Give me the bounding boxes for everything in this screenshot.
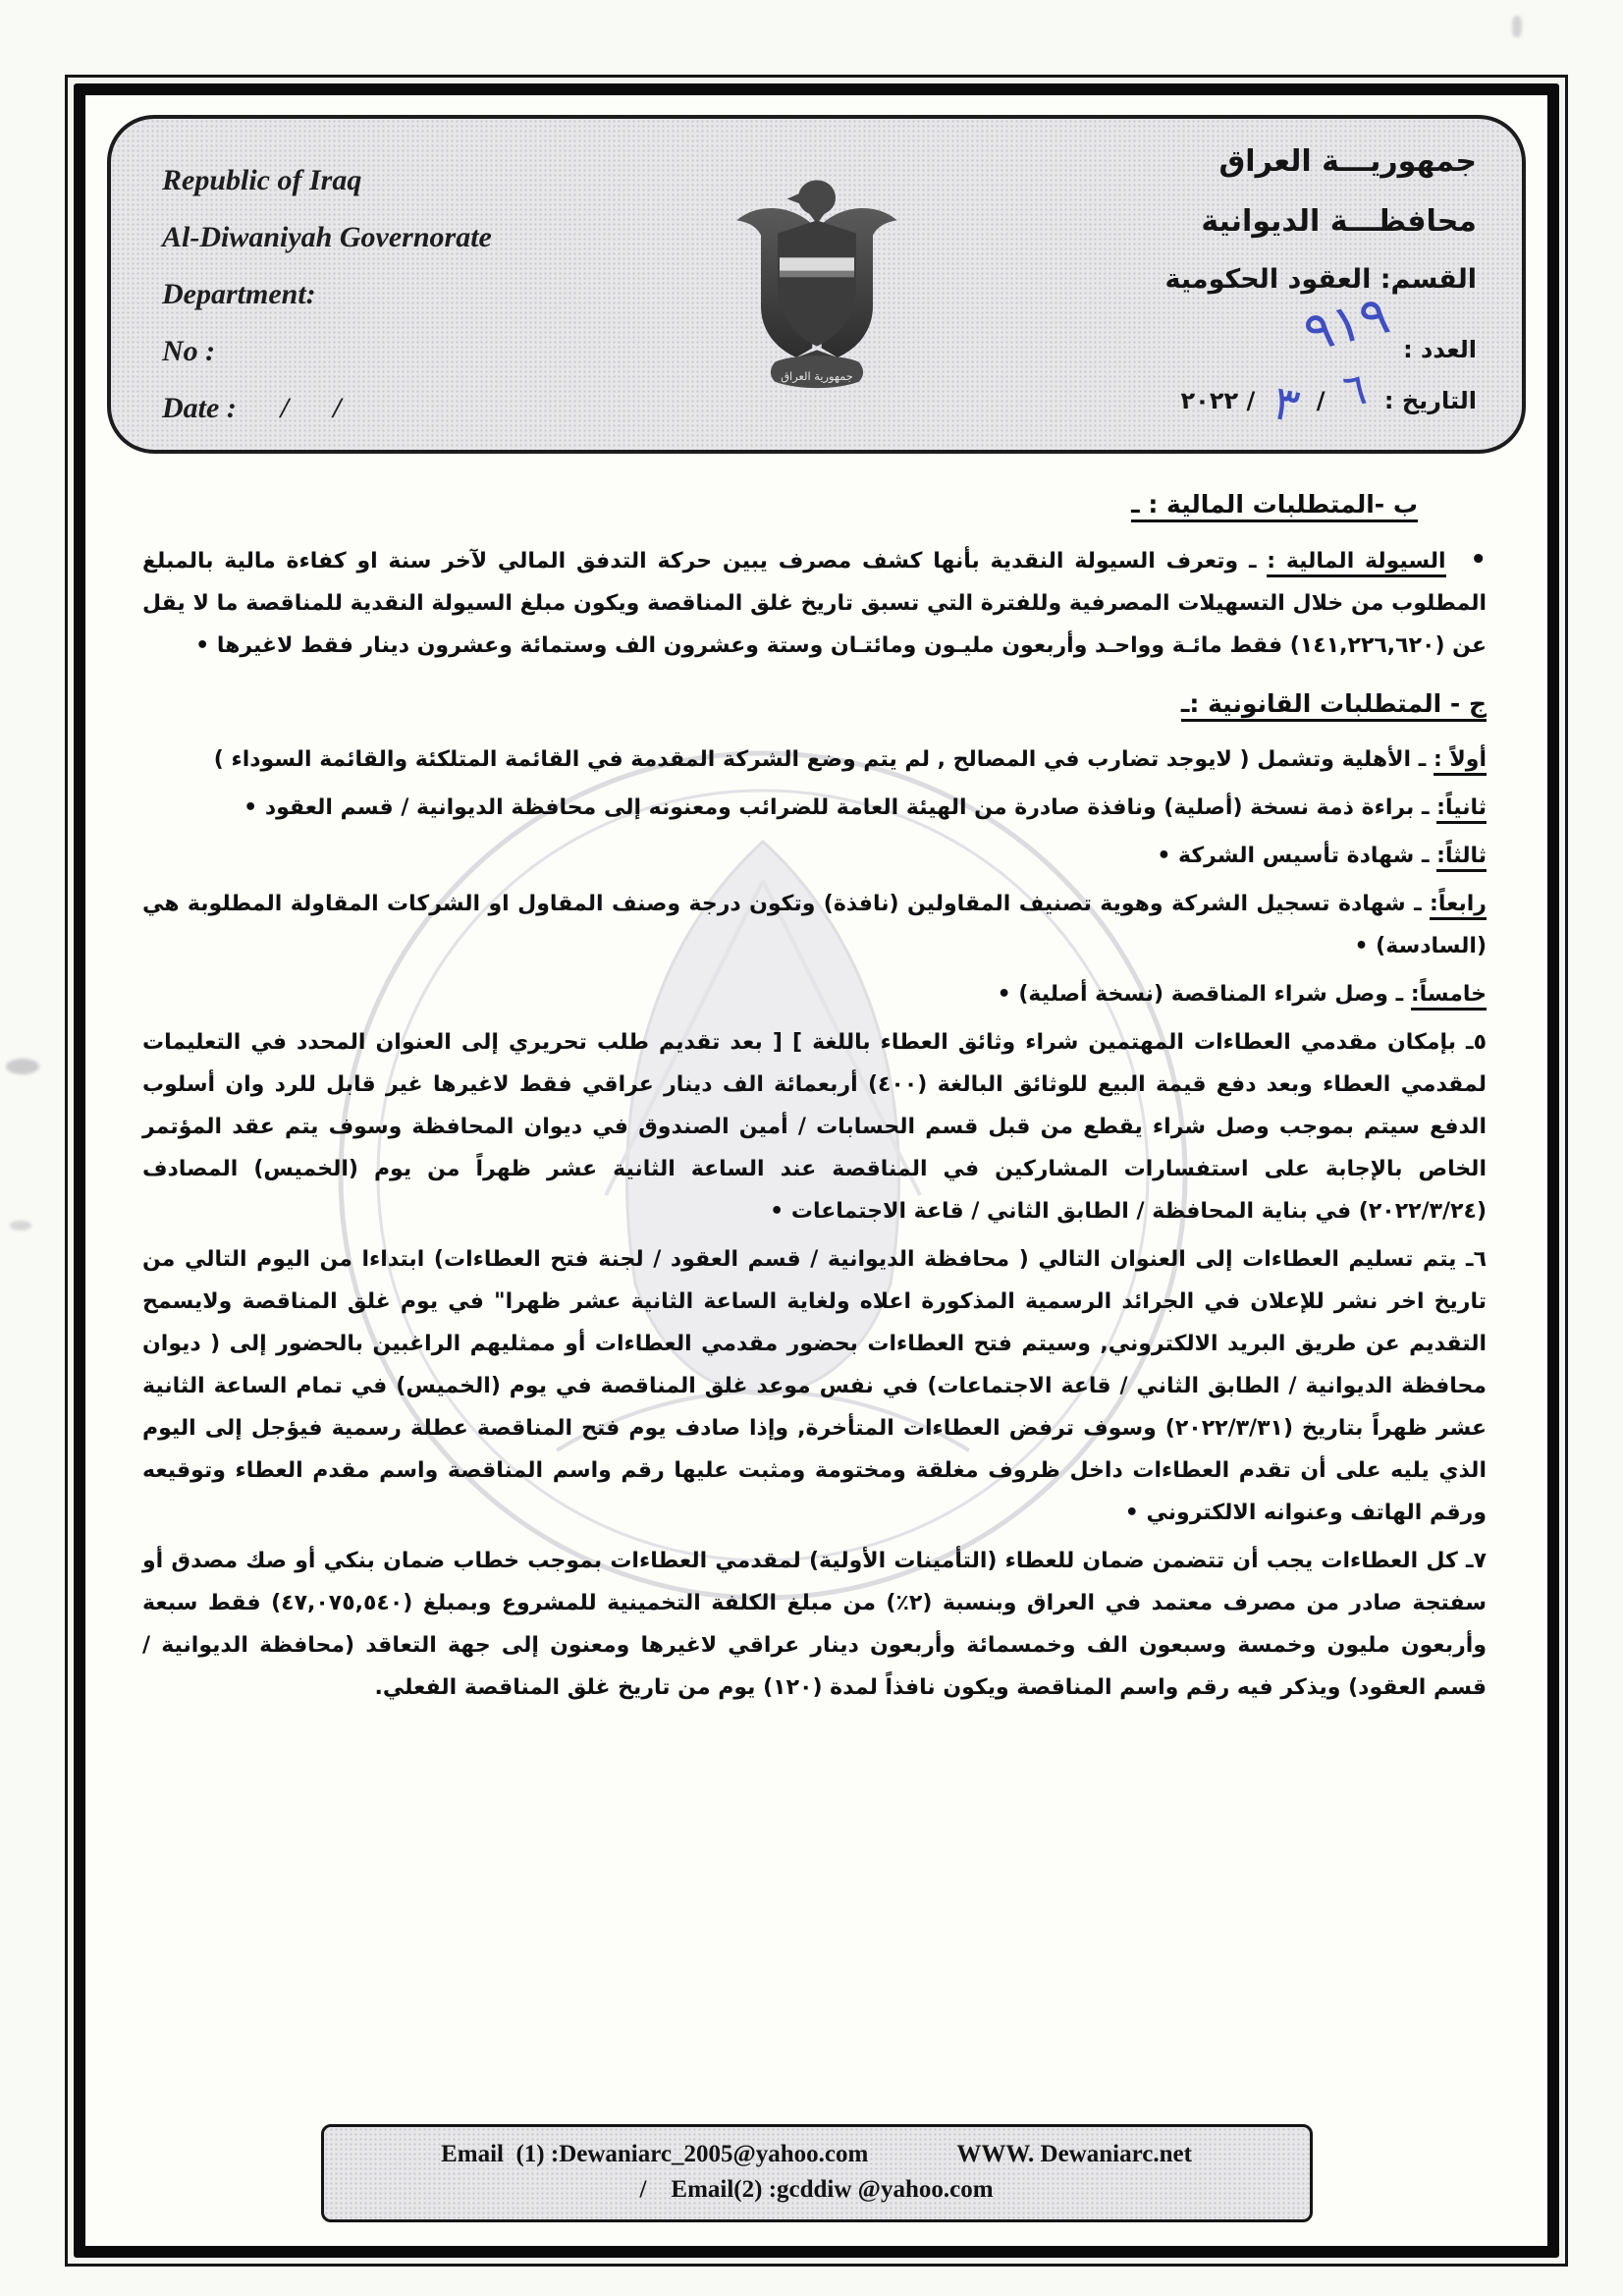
arabic-department: القسم: العقود الحكومية	[1164, 264, 1477, 295]
clause-7-bid-guarantee: ٧ـ كل العطاءات يجب أن تتضمن ضمان للعطاء …	[142, 1540, 1487, 1709]
document-border-frame: Republic of Iraq Al-Diwaniyah Governorat…	[65, 75, 1568, 2267]
paragraph-liquidity: • السيولة المالية : ـ وتعرف السيولة النق…	[142, 539, 1487, 667]
scan-artifact	[6, 1059, 39, 1074]
footer-email-1: Email (1) :Dewaniarc_2005@yahoo.com	[441, 2141, 868, 2167]
section-heading-financial: ب -المتطلبات المالية : ـ	[142, 483, 1418, 525]
scan-artifact	[10, 1221, 31, 1230]
document-body: ب -المتطلبات المالية : ـ • السيولة المال…	[119, 483, 1514, 2094]
scanned-document-page: Republic of Iraq Al-Diwaniyah Governorat…	[0, 0, 1623, 2296]
footer-website: WWW. Dewaniarc.net	[956, 2141, 1192, 2167]
scan-artifact	[1512, 16, 1522, 37]
footer-contact-box: Email (1) :Dewaniarc_2005@yahoo.comWWW. …	[321, 2124, 1313, 2222]
emblem-caption: جمهورية العراق	[781, 369, 853, 384]
number-label: العدد :	[1403, 336, 1477, 363]
english-number-label: No :	[162, 323, 492, 380]
english-governorate: Al-Diwaniyah Governorate	[162, 209, 492, 266]
section-heading-legal: ج - المتطلبات القانونية :ـ	[142, 683, 1487, 725]
date-label: التاريخ :	[1384, 387, 1477, 414]
legal-item-third: ثالثاً: ـ شهادة تأسيس الشركة •	[142, 835, 1487, 877]
document-date-line: التاريخ : ٦ / ٣ / ٢٠٢٢	[1164, 365, 1477, 422]
letterhead: Republic of Iraq Al-Diwaniyah Governorat…	[107, 115, 1526, 454]
arabic-country: جمهوريـــة العراق	[1164, 144, 1477, 179]
english-date-label: Date : / /	[162, 380, 492, 437]
footer-line-1: Email (1) :Dewaniarc_2005@yahoo.comWWW. …	[336, 2141, 1298, 2168]
footer-email-2: / Email(2) :gcddiw @yahoo.com	[336, 2176, 1298, 2204]
english-country: Republic of Iraq	[162, 152, 492, 209]
handwritten-date-day: ٦	[1339, 364, 1370, 417]
letterhead-arabic: جمهوريـــة العراق محافظـــة الديوانية ال…	[1164, 144, 1477, 422]
legal-item-second: ثانياً: ـ براءة ذمة نسخة (أصلية) ونافذة …	[142, 787, 1487, 829]
handwritten-document-number: ٩١٩	[1297, 283, 1395, 363]
legal-item-first: أولاً : ـ الأهلية وتشمل ( لايوجد تضارب ف…	[142, 738, 1487, 781]
arabic-governorate: محافظـــة الديوانية	[1164, 204, 1477, 239]
clause-6-bid-submission: ٦ـ يتم تسليم العطاءات إلى العنوان التالي…	[142, 1238, 1487, 1534]
clause-5-bid-documents: ٥ـ بإمكان مقدمي العطاءات المهتمين شراء و…	[142, 1021, 1487, 1232]
english-department-label: Department:	[162, 266, 492, 323]
printed-date-year: ٢٠٢٢	[1181, 387, 1239, 414]
bullet-marker: •	[1470, 545, 1487, 574]
document-inner-area: Republic of Iraq Al-Diwaniyah Governorat…	[74, 83, 1559, 2258]
legal-item-fourth: رابعاً: ـ شهادة تسجيل الشركة وهوية تصنيف…	[142, 883, 1487, 967]
iraq-coat-of-arms-emblem: جمهورية العراق	[724, 131, 910, 435]
handwritten-date-month: ٣	[1268, 375, 1304, 434]
document-number-line: العدد : ٩١٩	[1164, 308, 1477, 365]
legal-item-fifth: خامساً: ـ وصل شراء المناقصة (نسخة أصلية)…	[142, 973, 1487, 1015]
letterhead-english: Republic of Iraq Al-Diwaniyah Governorat…	[162, 152, 492, 437]
